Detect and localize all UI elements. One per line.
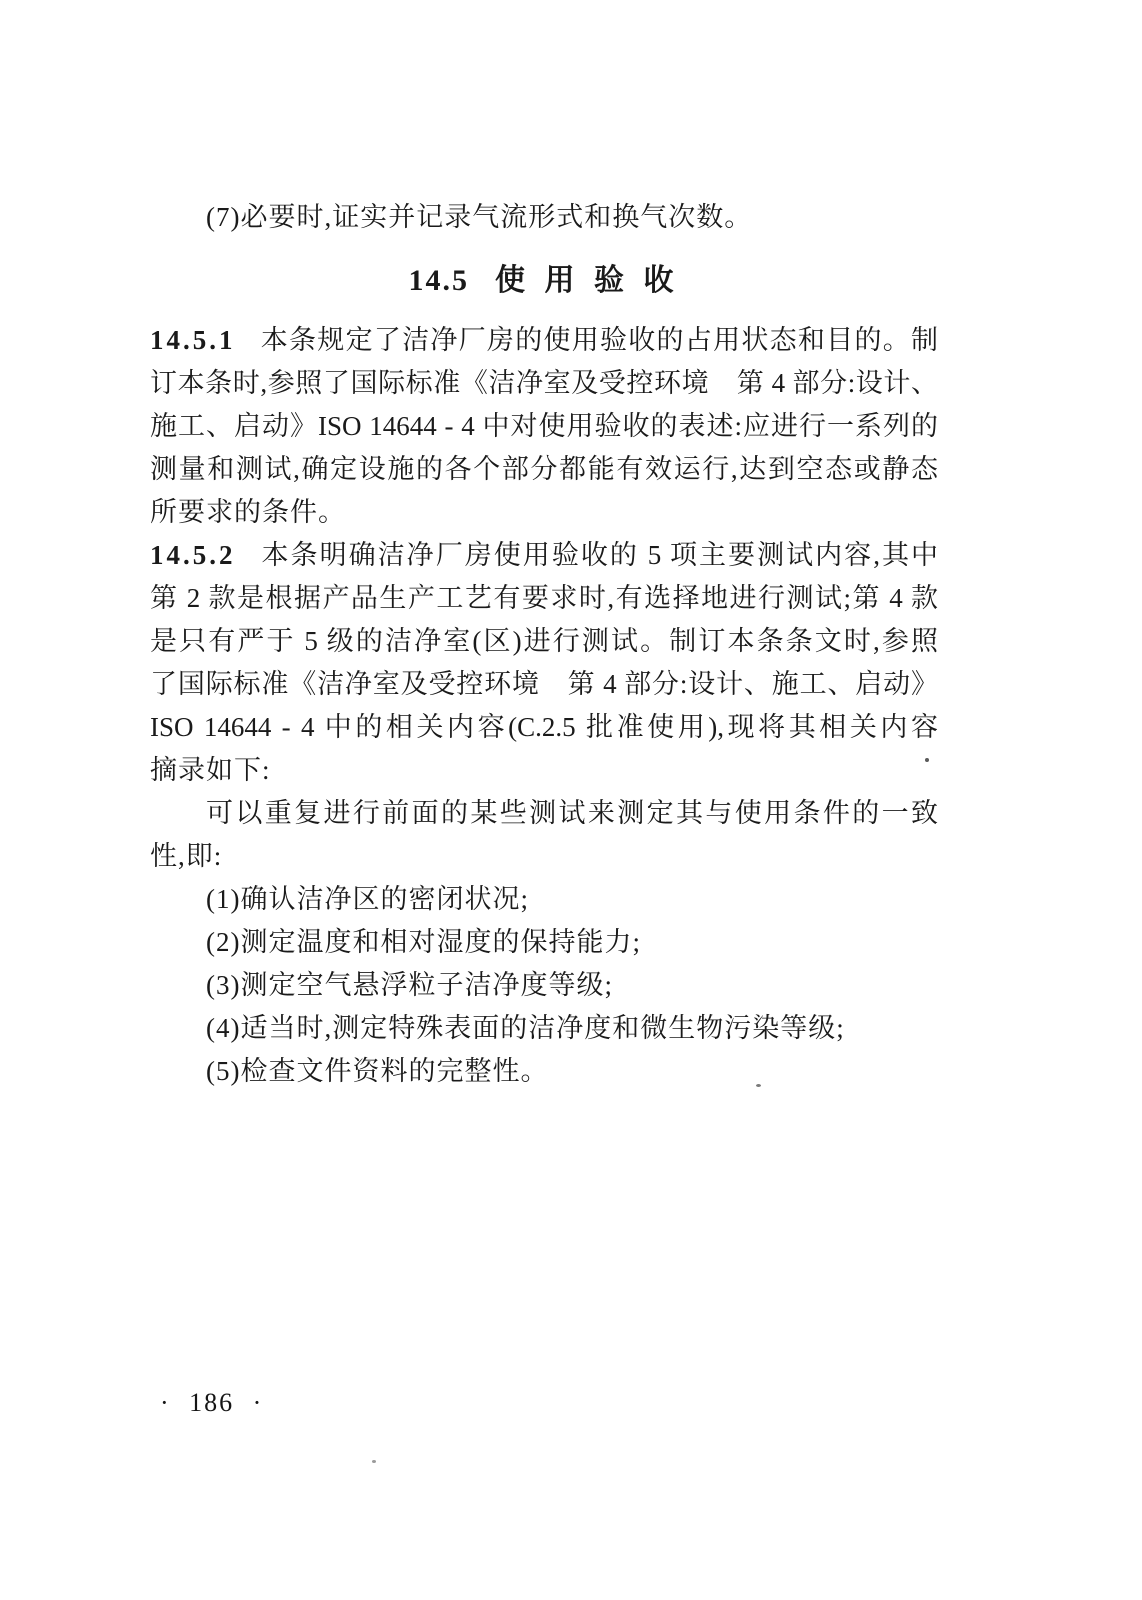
clause-line: 施工、启动》ISO 14644 - 4 中对使用验收的表述:应进行一系列的 (150, 405, 938, 448)
excerpt-item: (4)适当时,测定特殊表面的洁净度和微生物污染等级; (150, 1007, 938, 1050)
section-heading: 14.5使 用 验 收 (150, 259, 938, 303)
intro-item-7: (7)必要时,证实并记录气流形式和换气次数。 (150, 196, 938, 239)
scan-speck (372, 1460, 376, 1463)
clause-line: 了国际标准《洁净室及受控环境 第 4 部分:设计、施工、启动》 (150, 663, 938, 706)
scan-speck (925, 758, 929, 762)
document-page: (7)必要时,证实并记录气流形式和换气次数。 14.5使 用 验 收 14.5.… (0, 0, 1142, 1600)
page-number: · 186 · (160, 1388, 263, 1418)
clause-line-text: 本条规定了洁净厂房的使用验收的占用状态和目的。制 (260, 325, 939, 355)
clause-line: 14.5.1本条规定了洁净厂房的使用验收的占用状态和目的。制 (150, 319, 938, 362)
clause-line-last: 摘录如下: (150, 749, 938, 792)
clause-number: 14.5.1 (150, 325, 236, 355)
clause-number: 14.5.2 (150, 540, 236, 570)
section-title: 使 用 验 收 (495, 264, 680, 297)
section-number: 14.5 (409, 264, 470, 297)
excerpt-item: (2)测定温度和相对湿度的保持能力; (150, 921, 938, 964)
text-block: (7)必要时,证实并记录气流形式和换气次数。 14.5使 用 验 收 14.5.… (150, 196, 938, 1093)
excerpt-item: (5)检查文件资料的完整性。 (150, 1050, 938, 1093)
clause-line: ISO 14644 - 4 中的相关内容(C.2.5 批准使用),现将其相关内容 (150, 706, 938, 749)
excerpt-intro: 可以重复进行前面的某些测试来测定其与使用条件的一致 性,即: (150, 792, 938, 878)
clause-line-last: 所要求的条件。 (150, 491, 938, 534)
clause-line: 14.5.2本条明确洁净厂房使用验收的 5 项主要测试内容,其中 (150, 534, 938, 577)
clause-line: 订本条时,参照了国际标准《洁净室及受控环境 第 4 部分:设计、 (150, 362, 938, 405)
clause-line: 是只有严于 5 级的洁净室(区)进行测试。制订本条条文时,参照 (150, 620, 938, 663)
excerpt-list: (1)确认洁净区的密闭状况; (2)测定温度和相对湿度的保持能力; (3)测定空… (150, 878, 938, 1093)
excerpt-intro-line-last: 性,即: (150, 835, 938, 878)
clause-14-5-1: 14.5.1本条规定了洁净厂房的使用验收的占用状态和目的。制 订本条时,参照了国… (150, 319, 938, 534)
clause-14-5-2: 14.5.2本条明确洁净厂房使用验收的 5 项主要测试内容,其中 第 2 款是根… (150, 534, 938, 792)
clause-line: 第 2 款是根据产品生产工艺有要求时,有选择地进行测试;第 4 款 (150, 577, 938, 620)
excerpt-item: (1)确认洁净区的密闭状况; (150, 878, 938, 921)
scan-speck (756, 1084, 761, 1087)
excerpt-item: (3)测定空气悬浮粒子洁净度等级; (150, 964, 938, 1007)
clause-line: 测量和测试,确定设施的各个部分都能有效运行,达到空态或静态 (150, 448, 938, 491)
clause-line-text: 本条明确洁净厂房使用验收的 5 项主要测试内容,其中 (260, 540, 939, 570)
excerpt-intro-line: 可以重复进行前面的某些测试来测定其与使用条件的一致 (150, 792, 938, 835)
